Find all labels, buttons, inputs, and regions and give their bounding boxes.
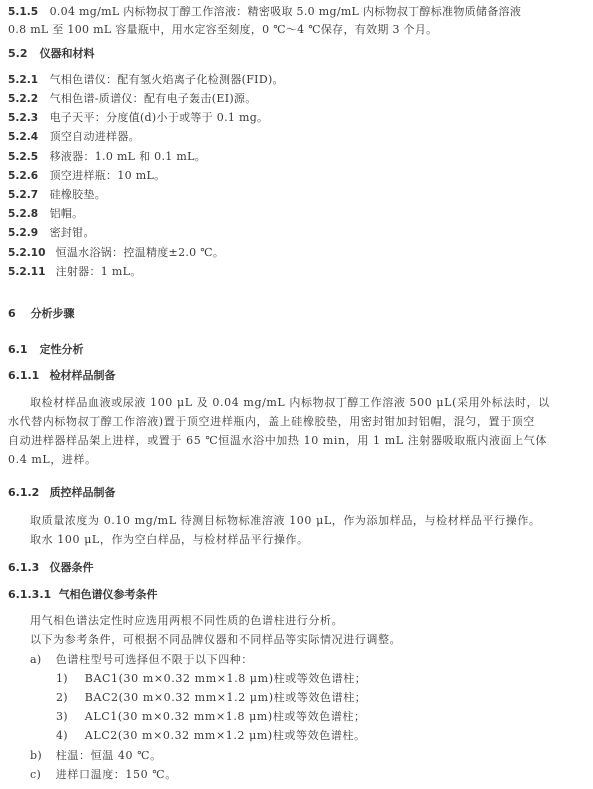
list-text: BAC2(30 m×0.32 mm×1.2 μm)柱或等效色谱柱； [85, 691, 367, 704]
clause-number: 5.2.7 [8, 188, 46, 202]
section-number: 5.2 [8, 47, 36, 61]
clause-number: 5.2.6 [8, 169, 46, 183]
clause-5-2-1: 5.2.1 气相色谱仪：配有氢火焰离子化检测器(FID)。 [8, 73, 284, 87]
clause-text: 密封钳。 [50, 226, 95, 239]
clause-number: 5.2.3 [8, 111, 46, 125]
clause-text: 恒温水浴锅：控温精度±2.0 ℃。 [56, 246, 225, 259]
clause-number: 5.2.5 [8, 150, 46, 164]
clause-number: 5.2.4 [8, 130, 46, 144]
section-6-1-heading: 6.1 定性分析 [8, 343, 84, 357]
clause-number: 5.2.8 [8, 207, 46, 221]
list-label: a) [30, 653, 52, 667]
clause-5-2-4: 5.2.4 顶空自动进样器。 [8, 130, 140, 144]
clause-5-2-7: 5.2.7 硅橡胶垫。 [8, 188, 106, 202]
paragraph-6-1-1-line-3: 自动进样器样品架上进样，或置于 65 ℃恒温水浴中加热 10 min，用 1 m… [8, 434, 547, 448]
clause-text: 硅橡胶垫。 [50, 188, 107, 201]
column-option-1: 1) BAC1(30 m×0.32 mm×1.8 μm)柱或等效色谱柱； [56, 672, 366, 686]
clause-number: 5.2.2 [8, 92, 46, 106]
list-label: 3) [56, 710, 81, 724]
clause-5-2-5: 5.2.5 移液器：1.0 mL 和 0.1 mL。 [8, 150, 206, 164]
list-label: c) [30, 768, 52, 782]
chapter-6-heading: 6 分析步骤 [8, 307, 75, 321]
clause-text: 注射器：1 mL。 [56, 265, 142, 278]
clause-5-2-2: 5.2.2 气相色谱-质谱仪：配有电子轰击(EI)源。 [8, 92, 257, 106]
section-6-1-1-heading: 6.1.1 检材样品制备 [8, 369, 116, 383]
paragraph-6-1-3-1-line-2: 以下为参考条件，可根据不同品牌仪器和不同样品等实际情况进行调整。 [30, 633, 401, 647]
clause-number: 5.2.9 [8, 226, 46, 240]
clause-text: 气相色谱仪：配有氢火焰离子化检测器(FID)。 [50, 73, 284, 86]
list-text: 柱温：恒温 40 ℃。 [56, 749, 162, 762]
section-title: 气相色谱仪参考条件 [59, 588, 158, 601]
clause-text: 铝帽。 [50, 207, 84, 220]
clause-number: 5.2.10 [8, 246, 52, 260]
paragraph-6-1-1-line-4: 0.4 mL，进样。 [8, 453, 97, 467]
section-title: 检材样品制备 [50, 369, 116, 382]
section-number: 6.1.2 [8, 486, 46, 500]
clause-text-continued: 0.8 mL 至 100 mL 容量瓶中，用水定容至刻度，0 ℃～4 ℃保存，有… [8, 23, 437, 36]
list-label: 1) [56, 672, 81, 686]
section-number: 6.1.3 [8, 561, 46, 575]
section-6-1-2-heading: 6.1.2 质控样品制备 [8, 486, 116, 500]
column-option-3: 3) ALC1(30 m×0.32 mm×1.8 μm)柱或等效色谱柱； [56, 710, 366, 724]
chapter-number: 6 [8, 307, 27, 321]
clause-5-2-6: 5.2.6 顶空进样瓶：10 mL。 [8, 169, 165, 183]
paragraph-6-1-1-line-1: 取检材样品血液或尿液 100 μL 及 0.04 mg/mL 内标物叔丁醇工作溶… [30, 396, 550, 410]
clause-5-2-10: 5.2.10 恒温水浴锅：控温精度±2.0 ℃。 [8, 246, 224, 260]
paragraph-6-1-1-line-2: 水代替内标物叔丁醇工作溶液)置于顶空进样瓶内，盖上硅橡胶垫，用密封钳加封铝帽，混… [8, 415, 535, 429]
section-5-2-heading: 5.2 仪器和材料 [8, 47, 95, 61]
section-title: 定性分析 [40, 343, 84, 356]
clause-5-2-8: 5.2.8 铝帽。 [8, 207, 83, 221]
paragraph-6-1-2-line-1: 取质量浓度为 0.10 mg/mL 待测目标物标准溶液 100 μL，作为添加样… [30, 514, 541, 528]
clause-5-1-5-line-2: 0.8 mL 至 100 mL 容量瓶中，用水定容至刻度，0 ℃～4 ℃保存，有… [8, 23, 437, 37]
section-6-1-3-heading: 6.1.3 仪器条件 [8, 561, 94, 575]
clause-text: 0.04 mg/mL 内标物叔丁醇工作溶液：精密吸取 5.0 mg/mL 内标物… [50, 5, 522, 18]
clause-text: 移液器：1.0 mL 和 0.1 mL。 [50, 150, 206, 163]
clause-5-2-9: 5.2.9 密封钳。 [8, 226, 95, 240]
clause-number: 5.2.1 [8, 73, 46, 87]
section-title: 仪器条件 [50, 561, 94, 574]
clause-5-2-3: 5.2.3 电子天平：分度值(d)小于或等于 0.1 mg。 [8, 111, 268, 125]
clause-text: 电子天平：分度值(d)小于或等于 0.1 mg。 [50, 111, 269, 124]
list-text: 色谱柱型号可选择但不限于以下四种： [56, 653, 253, 666]
list-item-a: a) 色谱柱型号可选择但不限于以下四种： [30, 653, 253, 667]
column-option-4: 4) ALC2(30 m×0.32 mm×1.2 μm)柱或等效色谱柱。 [56, 729, 366, 743]
list-label: b) [30, 749, 52, 763]
clause-text: 顶空进样瓶：10 mL。 [50, 169, 166, 182]
clause-5-2-11: 5.2.11 注射器：1 mL。 [8, 265, 142, 279]
section-number: 6.1.1 [8, 369, 46, 383]
section-title: 质控样品制备 [50, 486, 116, 499]
clause-5-1-5-line-1: 5.1.5 0.04 mg/mL 内标物叔丁醇工作溶液：精密吸取 5.0 mg/… [8, 5, 521, 19]
list-label: 2) [56, 691, 81, 705]
list-text: BAC1(30 m×0.32 mm×1.8 μm)柱或等效色谱柱； [85, 672, 367, 685]
list-item-b: b) 柱温：恒温 40 ℃。 [30, 749, 162, 763]
section-6-1-3-1-heading: 6.1.3.1 气相色谱仪参考条件 [8, 588, 158, 602]
clause-number: 5.1.5 [8, 5, 46, 19]
paragraph-6-1-2-line-2: 取水 100 μL，作为空白样品，与检材样品平行操作。 [30, 533, 309, 547]
list-text: ALC2(30 m×0.32 mm×1.2 μm)柱或等效色谱柱。 [85, 729, 366, 742]
section-title: 仪器和材料 [40, 47, 95, 60]
section-number: 6.1 [8, 343, 36, 357]
column-option-2: 2) BAC2(30 m×0.32 mm×1.2 μm)柱或等效色谱柱； [56, 691, 366, 705]
clause-text: 气相色谱-质谱仪：配有电子轰击(EI)源。 [50, 92, 257, 105]
chapter-title: 分析步骤 [31, 307, 75, 320]
clause-number: 5.2.11 [8, 265, 52, 279]
list-item-c: c) 进样口温度：150 ℃。 [30, 768, 177, 782]
list-label: 4) [56, 729, 81, 743]
section-number: 6.1.3.1 [8, 588, 55, 602]
clause-text: 顶空自动进样器。 [50, 130, 140, 143]
list-text: 进样口温度：150 ℃。 [56, 768, 177, 781]
paragraph-6-1-3-1-line-1: 用气相色谱法定性时应选用两根不同性质的色谱柱进行分析。 [30, 614, 343, 628]
list-text: ALC1(30 m×0.32 mm×1.8 μm)柱或等效色谱柱； [85, 710, 366, 723]
